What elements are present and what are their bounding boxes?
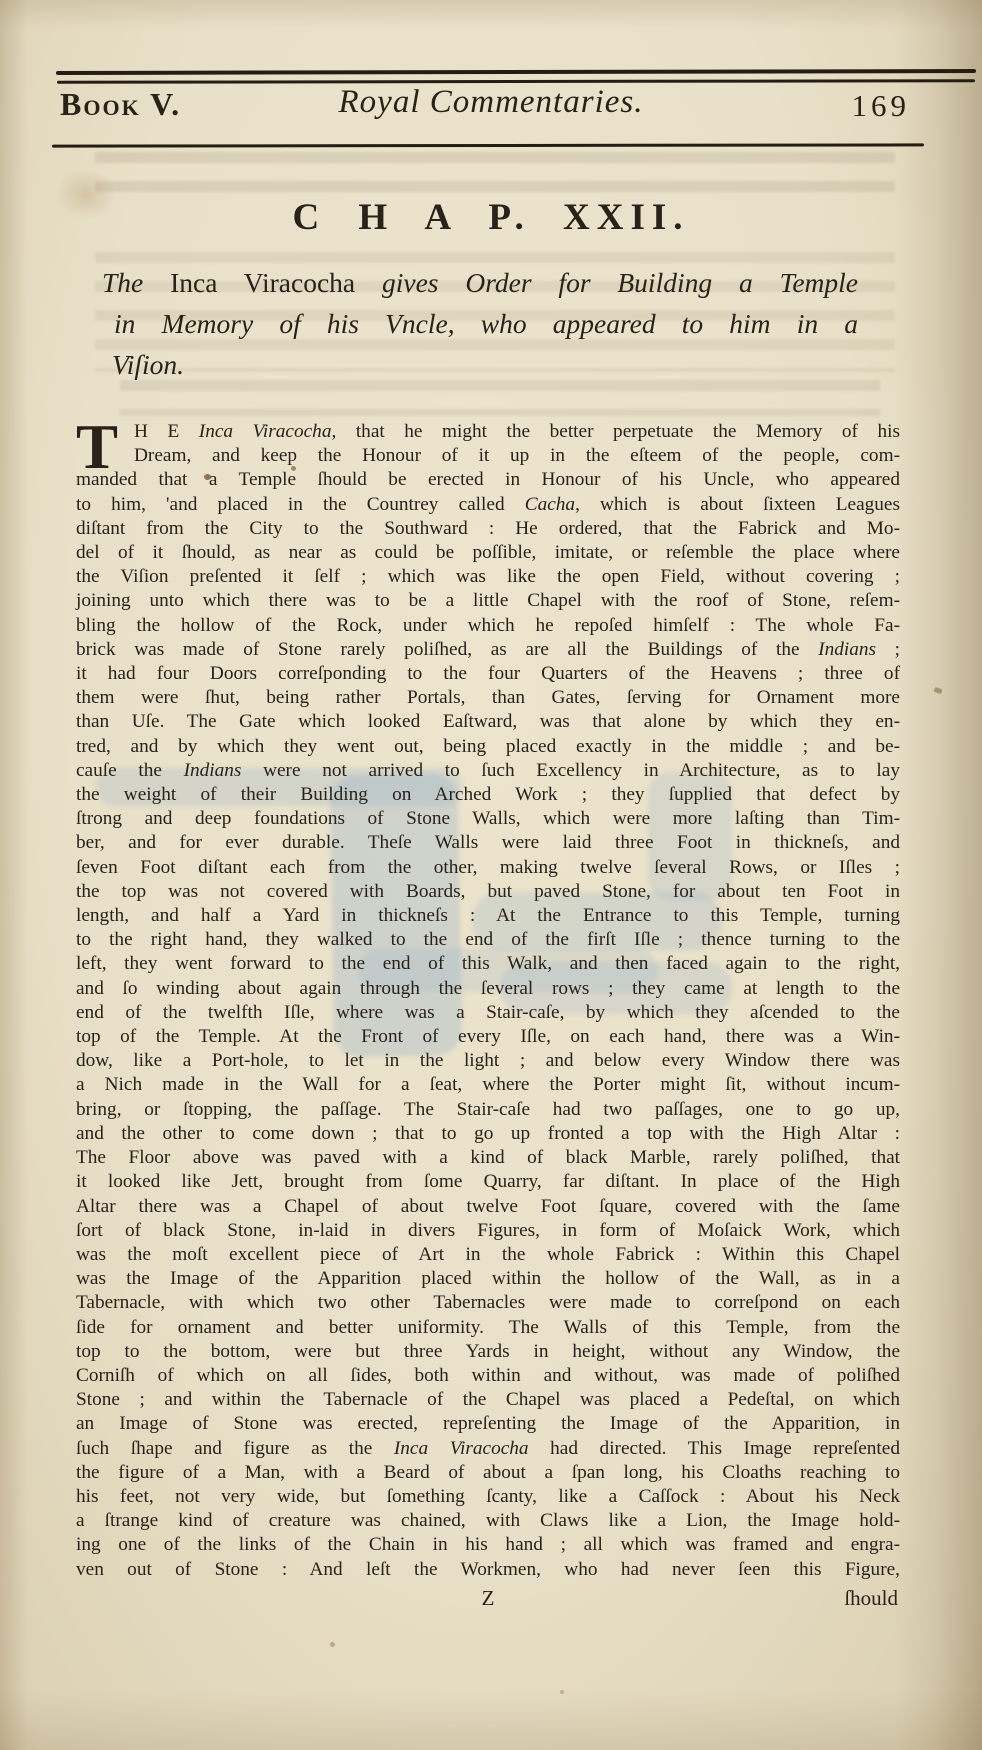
- text-line: the figure of a Man, with a Beard of abo…: [76, 1461, 900, 1485]
- text-line: brick was made of Stone rarely poliſhed,…: [76, 638, 900, 662]
- text-line: top to the bottom, were but three Yards …: [76, 1340, 900, 1364]
- text-line: The Floor above was paved with a kind of…: [76, 1146, 900, 1170]
- text-line: dow, like a Port-hole, to let in the lig…: [76, 1049, 900, 1073]
- text-line: ſeven Foot diſtant each from the other, …: [76, 856, 900, 880]
- text-line: H E Inca Viracocha, that he might the be…: [76, 420, 900, 444]
- text-line: ſort of black Stone, in-laid in divers F…: [76, 1219, 900, 1243]
- text-line: manded that a Temple ſhould be erected i…: [76, 468, 900, 492]
- text-line: ing one of the links of the Chain in his…: [76, 1533, 900, 1557]
- text-line: bring, or ſtopping, the paſſage. The Sta…: [76, 1098, 900, 1122]
- text-line: ſtrong and deep foundations of Stone Wal…: [76, 807, 900, 831]
- foxing-speck: [291, 466, 296, 471]
- text-line: an Image of Stone was erected, repreſent…: [76, 1412, 900, 1436]
- page-number: 169: [852, 88, 911, 124]
- text-line: and ſo winding about again through the ſ…: [76, 977, 900, 1001]
- text-line: ven out of Stone : And leſt the Workmen,…: [76, 1558, 900, 1582]
- text-line: Altar there was a Chapel of about twelve…: [76, 1195, 900, 1219]
- text-line: left, they went forward to the end of th…: [76, 952, 900, 976]
- text-line: his feet, not very wide, but ſomething ſ…: [76, 1485, 900, 1509]
- text-line: length, and half a Yard in thickneſs : A…: [76, 904, 900, 928]
- body-paragraph: H E Inca Viracocha, that he might the be…: [76, 420, 900, 1582]
- text-line: it had four Doors correſponding to the f…: [76, 662, 900, 686]
- text-line: ſuch ſhape and figure as the Inca Viraco…: [76, 1437, 900, 1461]
- text-line: them were ſhut, being rather Portals, th…: [76, 686, 900, 710]
- header-underline-rule: [52, 143, 924, 147]
- show-through-smudge: [120, 380, 880, 416]
- text-line: the weight of their Building on Arched W…: [76, 783, 900, 807]
- margin-ink-mark: [933, 687, 942, 694]
- text-line: Tabernacle, with which two other Taberna…: [76, 1291, 900, 1315]
- catchword: ſhould: [844, 1586, 898, 1611]
- text-line: was the Image of the Apparition placed w…: [76, 1267, 900, 1291]
- foxing-speck: [560, 1690, 564, 1694]
- text-line: top of the Temple. At the Front of every…: [76, 1025, 900, 1049]
- text-line: was the moſt excellent piece of Art in t…: [76, 1243, 900, 1267]
- text-line: ber, and for ever durable. Theſe Walls w…: [76, 831, 900, 855]
- chapter-heading: C H A P. XXII.: [0, 196, 982, 239]
- book-page-scan: Book V. Royal Commentaries. 169 C H A P.…: [0, 0, 982, 1750]
- text-line: Dream, and keep the Honour of it up in t…: [76, 444, 900, 468]
- running-title: Royal Commentaries.: [0, 84, 982, 121]
- text-line: Stone ; and within the Tabernacle of the…: [76, 1388, 900, 1412]
- text-line: del of it ſhould, as near as could be po…: [76, 541, 900, 565]
- text-line: Viſion.: [102, 344, 858, 385]
- chapter-title: The Inca Viracocha gives Order for Build…: [102, 262, 858, 385]
- text-line: in Memory of his Vncle, who appeared to …: [102, 303, 858, 344]
- text-line: it looked like Jett, brought from ſome Q…: [76, 1170, 900, 1194]
- text-line: end of the twelfth Iſle, where was a Sta…: [76, 1001, 900, 1025]
- text-line: diſtant from the City to the Southward :…: [76, 517, 900, 541]
- text-line: tred, and by which they went out, being …: [76, 735, 900, 759]
- text-line: the top was not covered with Boards, but…: [76, 880, 900, 904]
- text-line: than Uſe. The Gate which looked Eaſtward…: [76, 710, 900, 734]
- text-line: cauſe the Indians were not arrived to ſu…: [76, 759, 900, 783]
- text-line: The Inca Viracocha gives Order for Build…: [102, 262, 858, 303]
- text-line: and the other to come down ; that to go …: [76, 1122, 900, 1146]
- text-line: ſide for ornament and better uniformity.…: [76, 1316, 900, 1340]
- foxing-speck: [330, 1642, 335, 1647]
- text-line: a Nich made in the Wall for a ſeat, wher…: [76, 1073, 900, 1097]
- signature-mark: Z: [76, 1586, 900, 1611]
- text-line: Corniſh of which on all ſides, both with…: [76, 1364, 900, 1388]
- foxing-speck: [204, 474, 211, 480]
- header-double-rule-top: [56, 69, 976, 75]
- text-line: a ſtrange kind of creature was chained, …: [76, 1509, 900, 1533]
- text-line: the Viſion preſented it ſelf ; which was…: [76, 565, 900, 589]
- text-line: bling the hollow of the Rock, under whic…: [76, 614, 900, 638]
- text-line: to the right hand, they walked to the en…: [76, 928, 900, 952]
- text-line: to him, 'and placed in the Countrey call…: [76, 493, 900, 517]
- text-line: joining unto which there was to be a lit…: [76, 589, 900, 613]
